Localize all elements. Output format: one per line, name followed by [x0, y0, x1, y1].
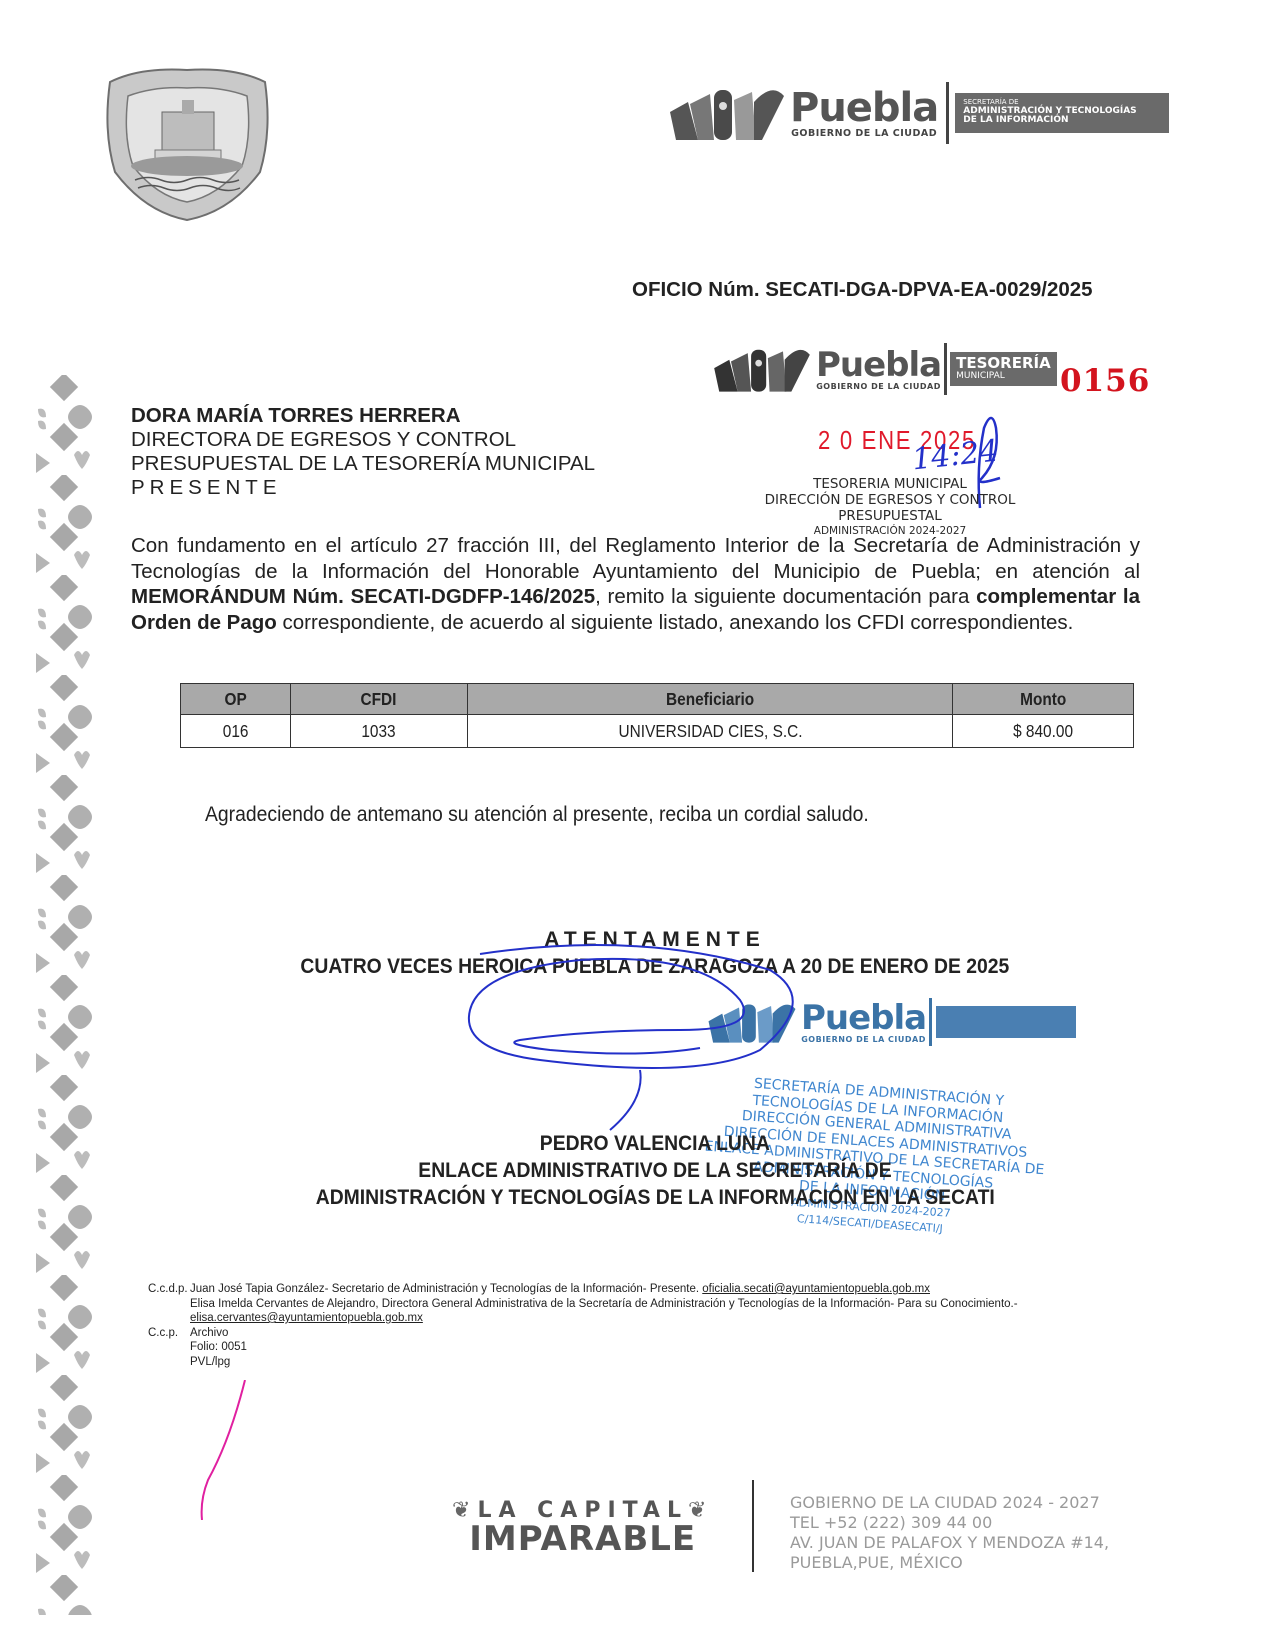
payment-table: OP CFDI Beneficiario Monto 016 1033 UNIV…	[180, 683, 1134, 748]
logo-subtitle: GOBIERNO DE LA CIUDAD	[791, 128, 937, 139]
puebla-wordmark: Puebla	[801, 1001, 926, 1035]
body-text: correspondiente, de acuerdo al siguiente…	[277, 611, 1074, 634]
ccp-archivo: Archivo	[190, 1326, 228, 1341]
col-monto: Monto	[953, 684, 1134, 715]
secati-stamp-logo: Puebla GOBIERNO DE LA CIUDAD	[707, 998, 1076, 1046]
logo-divider	[946, 82, 949, 144]
badge-subtitle: MUNICIPAL	[956, 372, 1051, 381]
addressee-title-2: PRESUPUESTAL DE LA TESORERÍA MUNICIPAL	[131, 452, 595, 476]
address-line: TEL +52 (222) 309 44 00	[790, 1513, 1109, 1533]
decorative-border	[34, 375, 96, 1615]
logo-divider	[944, 343, 947, 395]
col-beneficiario: Beneficiario	[468, 684, 953, 715]
puebla-secati-logo: Puebla GOBIERNO DE LA CIUDAD SECRETARÍA …	[668, 82, 1169, 144]
folio-number-stamp: 0156	[1060, 363, 1150, 399]
city-skyline-icon	[668, 82, 786, 144]
table-row: 016 1033 UNIVERSIDAD CIES, S.C. $ 840.00	[181, 715, 1134, 748]
ccp-block: C.c.d.p. Juan José Tapia González- Secre…	[148, 1282, 1018, 1369]
puebla-wordmark: Puebla	[816, 348, 941, 382]
footer-divider	[752, 1480, 754, 1572]
cell-monto: $ 840.00	[953, 715, 1134, 748]
logo-subtitle: GOBIERNO DE LA CIUDAD	[801, 1035, 926, 1044]
logo-divider	[929, 998, 932, 1046]
body-paragraph: Con fundamento en el artículo 27 fracció…	[131, 533, 1140, 635]
ccp-initials: PVL/lpg	[148, 1355, 1018, 1370]
stamp-line: DIRECCIÓN DE EGRESOS Y CONTROL	[745, 492, 1035, 508]
signatory-name: PEDRO VALENCIA LUNA	[40, 1130, 1270, 1157]
tesoreria-stamp-logo: Puebla GOBIERNO DE LA CIUDAD TESORERÍA M…	[712, 343, 1057, 395]
city-skyline-icon	[712, 343, 812, 395]
stamp-badge	[936, 1006, 1076, 1038]
tesoreria-stamp-text: TESORERIA MUNICIPAL DIRECCIÓN DE EGRESOS…	[745, 476, 1035, 537]
col-op: OP	[181, 684, 291, 715]
signatory-title-1: ENLACE ADMINISTRATIVO DE LA SECRETARÍA D…	[40, 1157, 1270, 1184]
cell-op: 016	[181, 715, 291, 748]
place-date: CUATRO VECES HEROICA PUEBLA DE ZARAGOZA …	[0, 954, 1270, 979]
email-link-oficialia[interactable]: oficialia.secati@ayuntamientopuebla.gob.…	[702, 1283, 930, 1295]
closing-line: Agradeciendo de antemano su atención al …	[205, 802, 869, 827]
badge-title: TESORERÍA	[956, 354, 1051, 372]
footer-address: GOBIERNO DE LA CIUDAD 2024 - 2027 TEL +5…	[790, 1493, 1109, 1573]
atentamente: ATENTAMENTE	[0, 928, 1270, 952]
body-text: Con fundamento en el artículo 27 fracció…	[131, 534, 1140, 583]
puebla-wordmark: Puebla	[790, 88, 938, 128]
address-line: AV. JUAN DE PALAFOX Y MENDOZA #14,	[790, 1533, 1109, 1553]
cell-cfdi: 1033	[290, 715, 468, 748]
addressee-name: DORA MARÍA TORRES HERRERA	[131, 404, 595, 428]
city-skyline-icon	[707, 998, 797, 1046]
slogan-line-2: IMPARABLE	[452, 1523, 713, 1555]
email-link-elisa[interactable]: elisa.cervantes@ayuntamientopuebla.gob.m…	[190, 1312, 423, 1324]
table-header-row: OP CFDI Beneficiario Monto	[181, 684, 1134, 715]
oficio-number: OFICIO Núm. SECATI-DGA-DPVA-EA-0029/2025	[632, 278, 1093, 302]
col-cfdi: CFDI	[290, 684, 468, 715]
stamp-line: PRESUPUESTAL	[745, 508, 1035, 524]
pink-pen-mark	[190, 1380, 260, 1520]
signatory-title-2: ADMINISTRACIÓN Y TECNOLOGÍAS DE LA INFOR…	[40, 1184, 1270, 1211]
signatory-block: PEDRO VALENCIA LUNA ENLACE ADMINISTRATIV…	[0, 1130, 1270, 1211]
memo-reference: MEMORÁNDUM Núm. SECATI-DGDFP-146/2025	[131, 585, 595, 608]
logo-subtitle: GOBIERNO DE LA CIUDAD	[816, 382, 941, 391]
presente: PRESENTE	[131, 476, 595, 500]
tesoreria-badge: TESORERÍA MUNICIPAL	[950, 352, 1057, 385]
address-line: PUEBLA,PUE, MÉXICO	[790, 1553, 1109, 1573]
ccp-label: C.c.p.	[148, 1326, 190, 1341]
addressee-title-1: DIRECTORA DE EGRESOS Y CONTROL	[131, 428, 595, 452]
stamp-line: TESORERIA MUNICIPAL	[745, 476, 1035, 492]
cell-beneficiario: UNIVERSIDAD CIES, S.C.	[468, 715, 953, 748]
ccdp-recipient-2: Elisa Imelda Cervantes de Alejandro, Dir…	[148, 1297, 1018, 1312]
dept-line-3: DE LA INFORMACIÓN	[963, 116, 1163, 125]
ccdp-label: C.c.d.p.	[148, 1282, 190, 1297]
address-line: GOBIERNO DE LA CIUDAD 2024 - 2027	[790, 1493, 1109, 1513]
body-text: , remito la siguiente documentación para	[595, 585, 976, 608]
city-crest-icon	[100, 62, 275, 222]
footer-slogan: ❦LA CAPITAL❦ IMPARABLE	[452, 1498, 713, 1555]
ccdp-recipient-1: Juan José Tapia González- Secretario de …	[190, 1283, 702, 1295]
ccp-folio: Folio: 0051	[148, 1340, 1018, 1355]
addressee-block: DORA MARÍA TORRES HERRERA DIRECTORA DE E…	[131, 404, 595, 500]
dept-badge: SECRETARÍA DE ADMINISTRACIÓN Y TECNOLOGÍ…	[955, 93, 1169, 132]
